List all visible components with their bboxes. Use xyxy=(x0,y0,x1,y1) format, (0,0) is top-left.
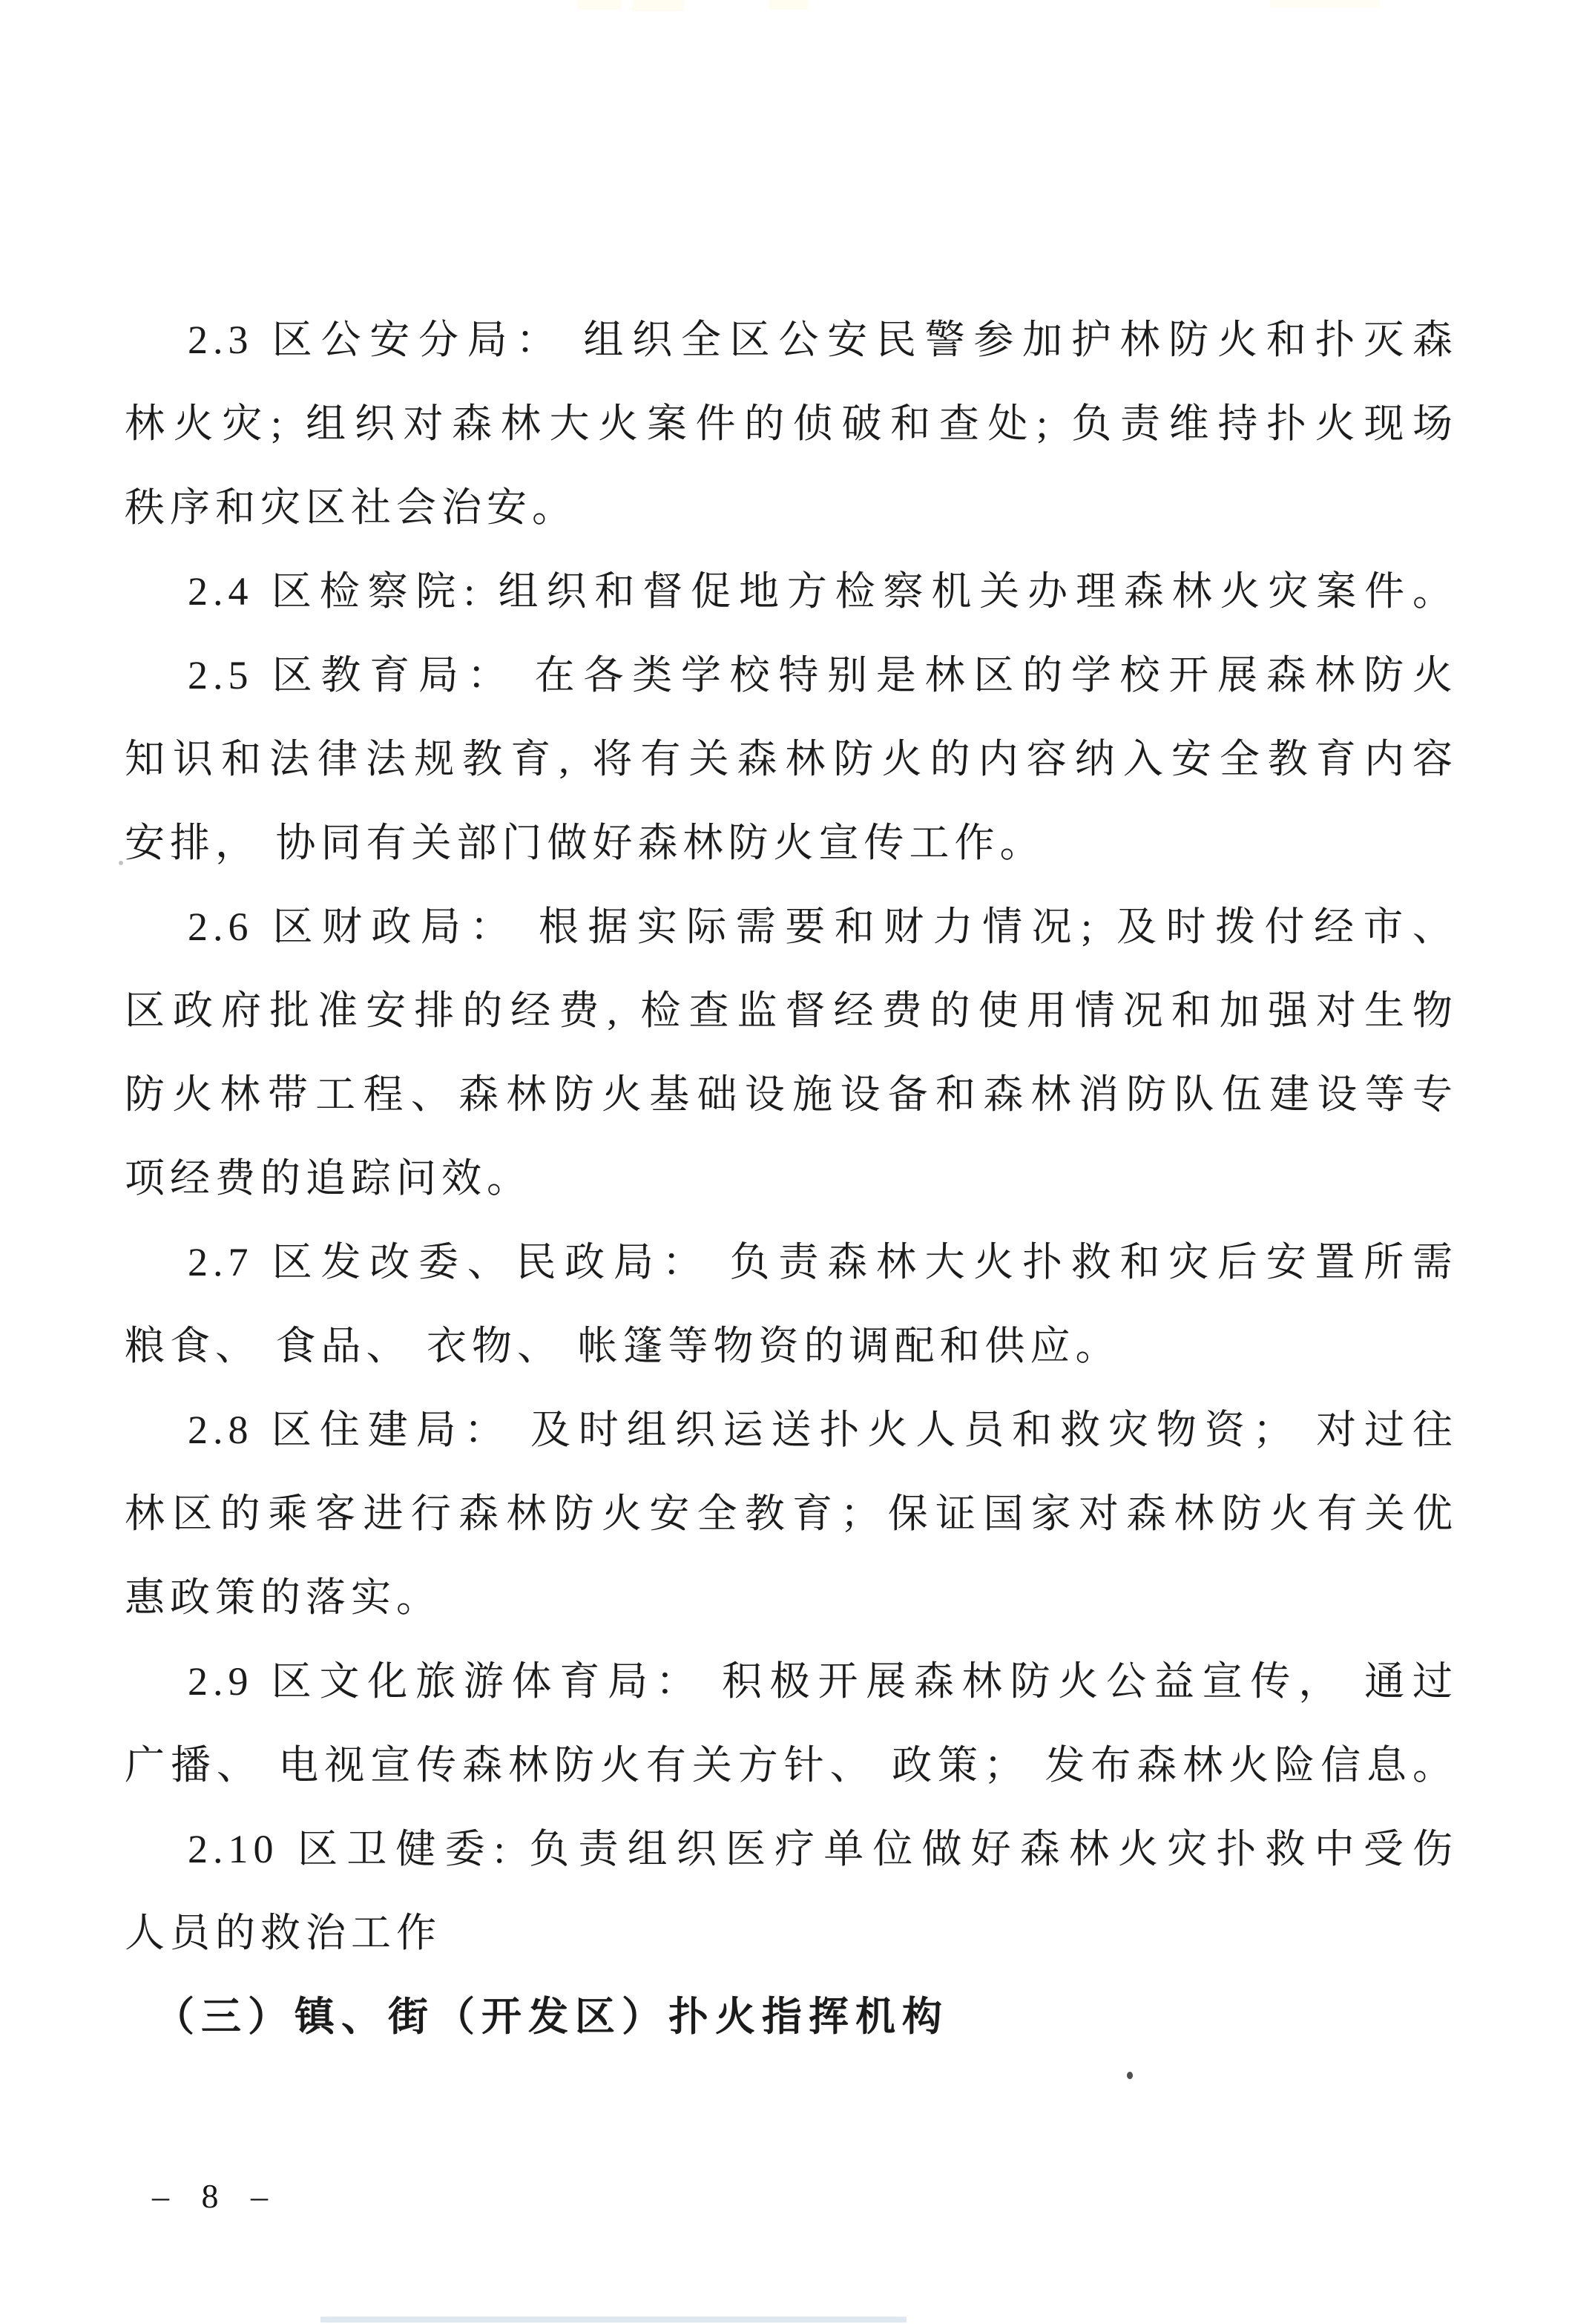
text-line: 防火林带工程、森林防火基础设施设备和森林消防队伍建设等专 xyxy=(125,1053,1458,1137)
text-line: 2.6 区财政局： 根据实际需要和财力情况; 及时拨付经市、 xyxy=(125,885,1458,969)
scanned-document-page: 2.3 区公安分局： 组织全区公安民警参加护林防火和扑灭森林火灾; 组织对森林大… xyxy=(0,0,1569,2324)
text-line: 2.7 区发改委、民政局： 负责森林大火扑救和灾后安置所需 xyxy=(125,1221,1458,1304)
text-line: 惠政策的落实。 xyxy=(125,1556,1458,1640)
top-edge-patch xyxy=(632,0,684,11)
section-heading: （三）镇、街（开发区）扑火指挥机构 xyxy=(125,1975,1458,2059)
text-line: 林火灾; 组织对森林大火案件的侦破和查处; 负责维持扑火现场 xyxy=(125,382,1458,466)
text-line: 人员的救治工作 xyxy=(125,1891,1458,1975)
top-edge-patch xyxy=(1270,0,1380,7)
text-line: 2.3 区公安分局： 组织全区公安民警参加护林防火和扑灭森 xyxy=(125,298,1458,382)
text-line: 秩序和灾区社会治安。 xyxy=(125,466,1458,550)
text-line: 粮食、 食品、 衣物、 帐篷等物资的调配和供应。 xyxy=(125,1304,1458,1388)
page-number: – 8 – xyxy=(152,2174,280,2219)
text-line: 项经费的追踪问效。 xyxy=(125,1137,1458,1221)
document-body: 2.3 区公安分局： 组织全区公安民警参加护林防火和扑灭森林火灾; 组织对森林大… xyxy=(125,298,1458,2059)
bottom-edge-smudge xyxy=(320,2317,907,2323)
text-line: 知识和法律法规教育, 将有关森林防火的内容纳入安全教育内容 xyxy=(125,718,1458,801)
ink-dot xyxy=(1127,2072,1133,2079)
text-line: 安排， 协同有关部门做好森林防火宣传工作。 xyxy=(125,801,1458,885)
text-line: 2.4 区检察院: 组织和督促地方检察机关办理森林火灾案件。 xyxy=(125,550,1458,634)
text-line: 林区的乘客进行森林防火安全教育；保证国家对森林防火有关优 xyxy=(125,1472,1458,1556)
text-line: 2.5 区教育局： 在各类学校特别是林区的学校开展森林防火 xyxy=(125,634,1458,718)
ink-speck xyxy=(119,861,123,865)
text-line: 2.9 区文化旅游体育局： 积极开展森林防火公益宣传， 通过 xyxy=(125,1640,1458,1724)
top-edge-patch xyxy=(577,0,622,10)
text-line: 区政府批准安排的经费, 检查监督经费的使用情况和加强对生物 xyxy=(125,969,1458,1053)
top-edge-patch xyxy=(769,0,808,10)
text-line: 广播、 电视宣传森林防火有关方针、 政策； 发布森林火险信息。 xyxy=(125,1724,1458,1808)
text-line: 2.10 区卫健委: 负责组织医疗单位做好森林火灾扑救中受伤 xyxy=(125,1808,1458,1891)
text-line: 2.8 区住建局： 及时组织运送扑火人员和救灾物资； 对过往 xyxy=(125,1388,1458,1472)
